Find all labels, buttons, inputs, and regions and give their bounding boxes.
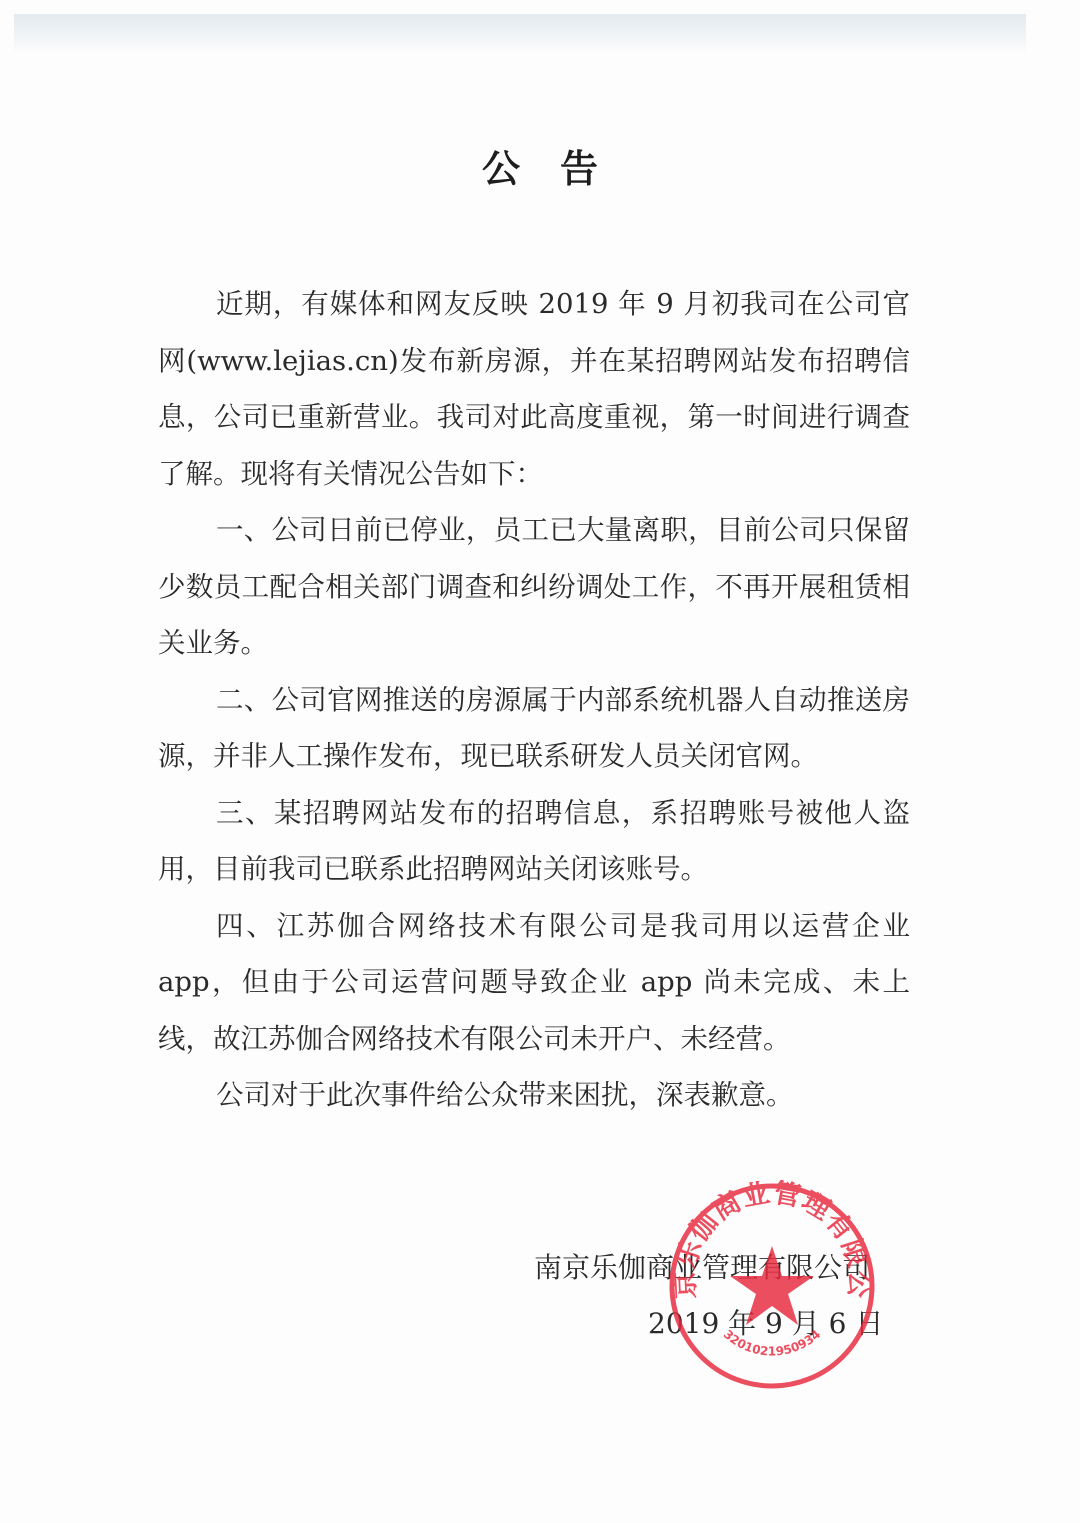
paragraph-point-2: 二、公司官网推送的房源属于内部系统机器人自动推送房源，并非人工操作发布，现已联系… xyxy=(158,672,910,785)
svg-text:3201021950934: 3201021950934 xyxy=(721,1327,823,1358)
document-title: 公告 xyxy=(0,138,1080,193)
paragraph-intro: 近期，有媒体和网友反映 2019 年 9 月初我司在公司官网(www.lejia… xyxy=(158,276,910,502)
company-seal-icon: 南京乐伽商业管理有限公司 3201021950934 xyxy=(666,1180,878,1392)
paragraph-point-4: 四、江苏伽合网络技术有限公司是我司用以运营企业app，但由于公司运营问题导致企业… xyxy=(158,898,910,1068)
paragraph-point-3: 三、某招聘网站发布的招聘信息，系招聘账号被他人盗用，目前我司已联系此招聘网站关闭… xyxy=(158,785,910,898)
paragraph-apology: 公司对于此次事件给公众带来困扰，深表歉意。 xyxy=(158,1067,910,1124)
document-body: 近期，有媒体和网友反映 2019 年 9 月初我司在公司官网(www.lejia… xyxy=(158,276,910,1124)
scan-edge-shadow xyxy=(14,14,1026,54)
paragraph-point-1: 一、公司日前已停业，员工已大量离职，目前公司只保留少数员工配合相关部门调查和纠纷… xyxy=(158,502,910,672)
